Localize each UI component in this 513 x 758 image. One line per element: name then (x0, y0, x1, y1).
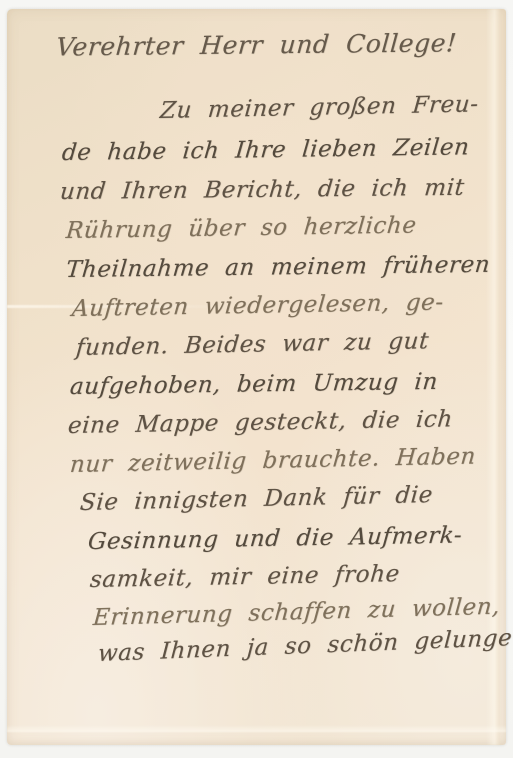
letter-line: de habe ich Ihre lieben Zeilen (61, 134, 471, 166)
letter-line: Sie innigsten Dank für die (79, 482, 434, 516)
letter-line: Erinnerung schaffen zu wollen, (92, 594, 501, 631)
letter-salutation: Verehrter Herr und College! (6, 28, 507, 62)
letter-line: funden. Beides war zu gut (75, 328, 430, 361)
letter-line: Gesinnung und die Aufmerk- (87, 522, 464, 555)
letter-line: und Ihren Bericht, die ich mit (59, 175, 466, 205)
letter-line: nur zeitweilig brauchte. Haben (69, 443, 477, 478)
letter-line: Zu meiner großen Freu- (159, 91, 480, 124)
letter-line: aufgehoben, beim Umzug in (69, 369, 439, 400)
letter-line: Auftreten wiedergelesen, ge- (71, 289, 445, 322)
letter-line: was Ihnen ja so schön gelungen. (97, 624, 513, 667)
scan-background: Verehrter Herr und College! Zu meiner gr… (0, 0, 513, 758)
fold-crease-bottom (7, 725, 506, 732)
letter-line: samkeit, mir eine frohe (89, 561, 401, 593)
letter-line: eine Mappe gesteckt, die ich (67, 406, 454, 439)
letter-line: Theilnahme an meinem früheren (65, 252, 492, 283)
letter-line: Rührung über so herzliche (65, 212, 418, 244)
letter-paper: Verehrter Herr und College! Zu meiner gr… (7, 9, 506, 745)
